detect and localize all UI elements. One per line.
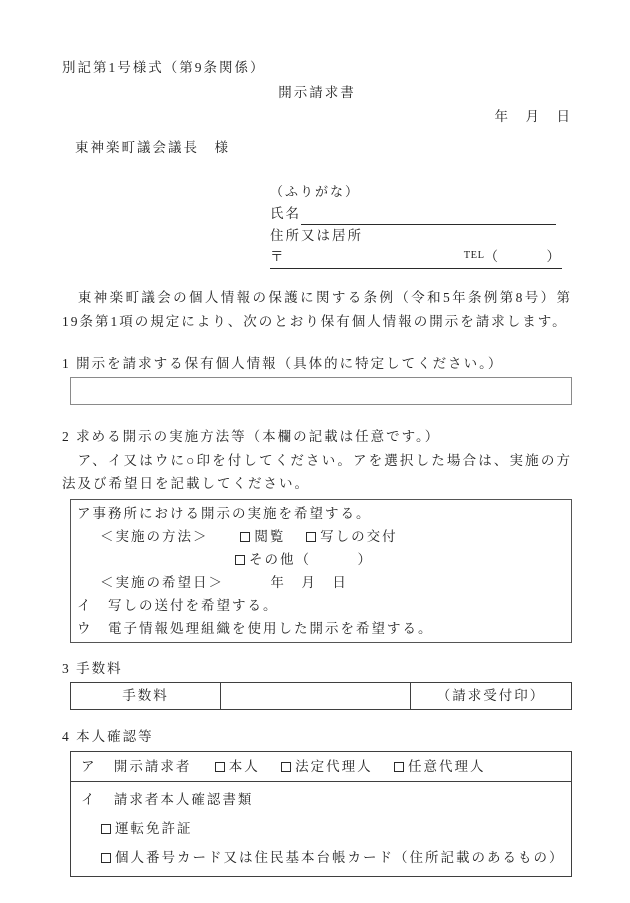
section3-heading: 3 手数料	[62, 659, 572, 679]
fee-value-cell[interactable]	[221, 683, 411, 709]
option-self: 本人	[229, 759, 260, 774]
postal-mark-icon: 〒	[270, 246, 286, 268]
method-other-line: その他（ ）	[77, 548, 567, 571]
intro-paragraph: 東神楽町議会の個人情報の保護に関する条例（令和5年条例第8号）第19条第1項の規…	[62, 286, 572, 334]
option-drivers-license: 運転免許証	[115, 821, 193, 836]
section2-heading: 2 求める開示の実施方法等（本欄の記載は任意です。）	[62, 427, 572, 447]
option-a-label: ア事務所における開示の実施を希望する。	[77, 506, 372, 521]
checkbox-legal-agent-icon[interactable]	[281, 762, 291, 772]
option-legal-agent: 法定代理人	[295, 759, 373, 774]
fee-label-cell: 手数料	[71, 683, 221, 709]
method-line: ＜実施の方法＞ 閲覧 写しの交付	[77, 525, 567, 548]
option-a-line[interactable]: ア事務所における開示の実施を希望する。	[77, 502, 567, 525]
checkbox-other-icon[interactable]	[235, 555, 245, 565]
option-number-card: 個人番号カード又は住民基本台帳カード（住所記載のあるもの）	[115, 850, 565, 865]
disclosure-request-form: 別記第1号様式（第9条関係） 開示請求書 年 月 日 東神楽町議会議長 様 （ふ…	[0, 0, 630, 903]
addressee: 東神楽町議会議長 様	[75, 138, 572, 158]
row-i-label: 請求者本人確認書類	[114, 792, 254, 807]
option-voluntary-agent: 任意代理人	[408, 759, 486, 774]
row-i-prefix: イ	[81, 785, 97, 814]
tel-field[interactable]: （ ）	[485, 246, 563, 268]
checkbox-voluntary-agent-icon[interactable]	[394, 762, 404, 772]
identity-row-requester: ア 開示請求者 本人 法定代理人 任意代理人	[71, 752, 571, 782]
fee-table: 手数料 （請求受付印）	[70, 682, 572, 710]
page-title: 開示請求書	[62, 83, 572, 103]
section2-instruction: ア、イ又はウに○印を付してください。アを選択した場合は、実施の方法及び希望日を記…	[62, 449, 572, 495]
form-number: 別記第1号様式（第9条関係）	[62, 58, 572, 78]
checkbox-view-icon[interactable]	[240, 532, 250, 542]
desired-date-line: ＜実施の希望日＞ 年 月 日	[77, 571, 567, 594]
desired-date-field[interactable]: 年 月 日	[270, 575, 348, 590]
checkbox-copy-icon[interactable]	[306, 532, 316, 542]
name-field[interactable]	[301, 207, 556, 225]
identity-table: ア 開示請求者 本人 法定代理人 任意代理人 イ 請求者本人確認書類 運転免許証…	[70, 751, 572, 877]
name-label: 氏名	[270, 203, 301, 225]
method-option-other: その他（ ）	[249, 552, 373, 567]
requested-information-field[interactable]	[70, 377, 572, 405]
tel-label: TEL	[464, 245, 485, 268]
name-row: 氏名	[270, 203, 556, 225]
option-u-label: ウ 電子情報処理組織を使用した開示を希望する。	[77, 621, 434, 636]
address-label: 住所又は居所	[270, 225, 572, 247]
method-option-view: 閲覧	[254, 529, 285, 544]
row-a-label: 開示請求者	[114, 755, 192, 778]
checkbox-license-icon[interactable]	[101, 824, 111, 834]
section4-heading: 4 本人確認等	[62, 727, 572, 747]
row-a-prefix: ア	[81, 755, 97, 778]
disclosure-method-box: ア事務所における開示の実施を希望する。 ＜実施の方法＞ 閲覧 写しの交付 その他…	[70, 499, 572, 643]
checkbox-self-icon[interactable]	[215, 762, 225, 772]
method-label: ＜実施の方法＞	[100, 525, 235, 548]
applicant-block: （ふりがな） 氏名 住所又は居所 〒 TEL （ ）	[270, 181, 572, 269]
checkbox-number-card-icon[interactable]	[101, 853, 111, 863]
method-option-copy: 写しの交付	[320, 529, 398, 544]
furigana-label: （ふりがな）	[270, 181, 572, 203]
identity-row-documents: イ 請求者本人確認書類 運転免許証 個人番号カード又は住民基本台帳カード（住所記…	[71, 782, 571, 876]
date-line: 年 月 日	[62, 107, 572, 127]
section1-heading: 1 開示を請求する保有個人情報（具体的に特定してください。）	[62, 354, 572, 374]
option-i-label: イ 写しの送付を希望する。	[77, 598, 279, 613]
postal-row: 〒 TEL （ ）	[270, 247, 562, 269]
option-u-line[interactable]: ウ 電子情報処理組織を使用した開示を希望する。	[77, 617, 567, 640]
option-i-line[interactable]: イ 写しの送付を希望する。	[77, 594, 567, 617]
receipt-stamp-cell: （請求受付印）	[411, 683, 571, 709]
desired-date-label: ＜実施の希望日＞	[100, 571, 265, 594]
